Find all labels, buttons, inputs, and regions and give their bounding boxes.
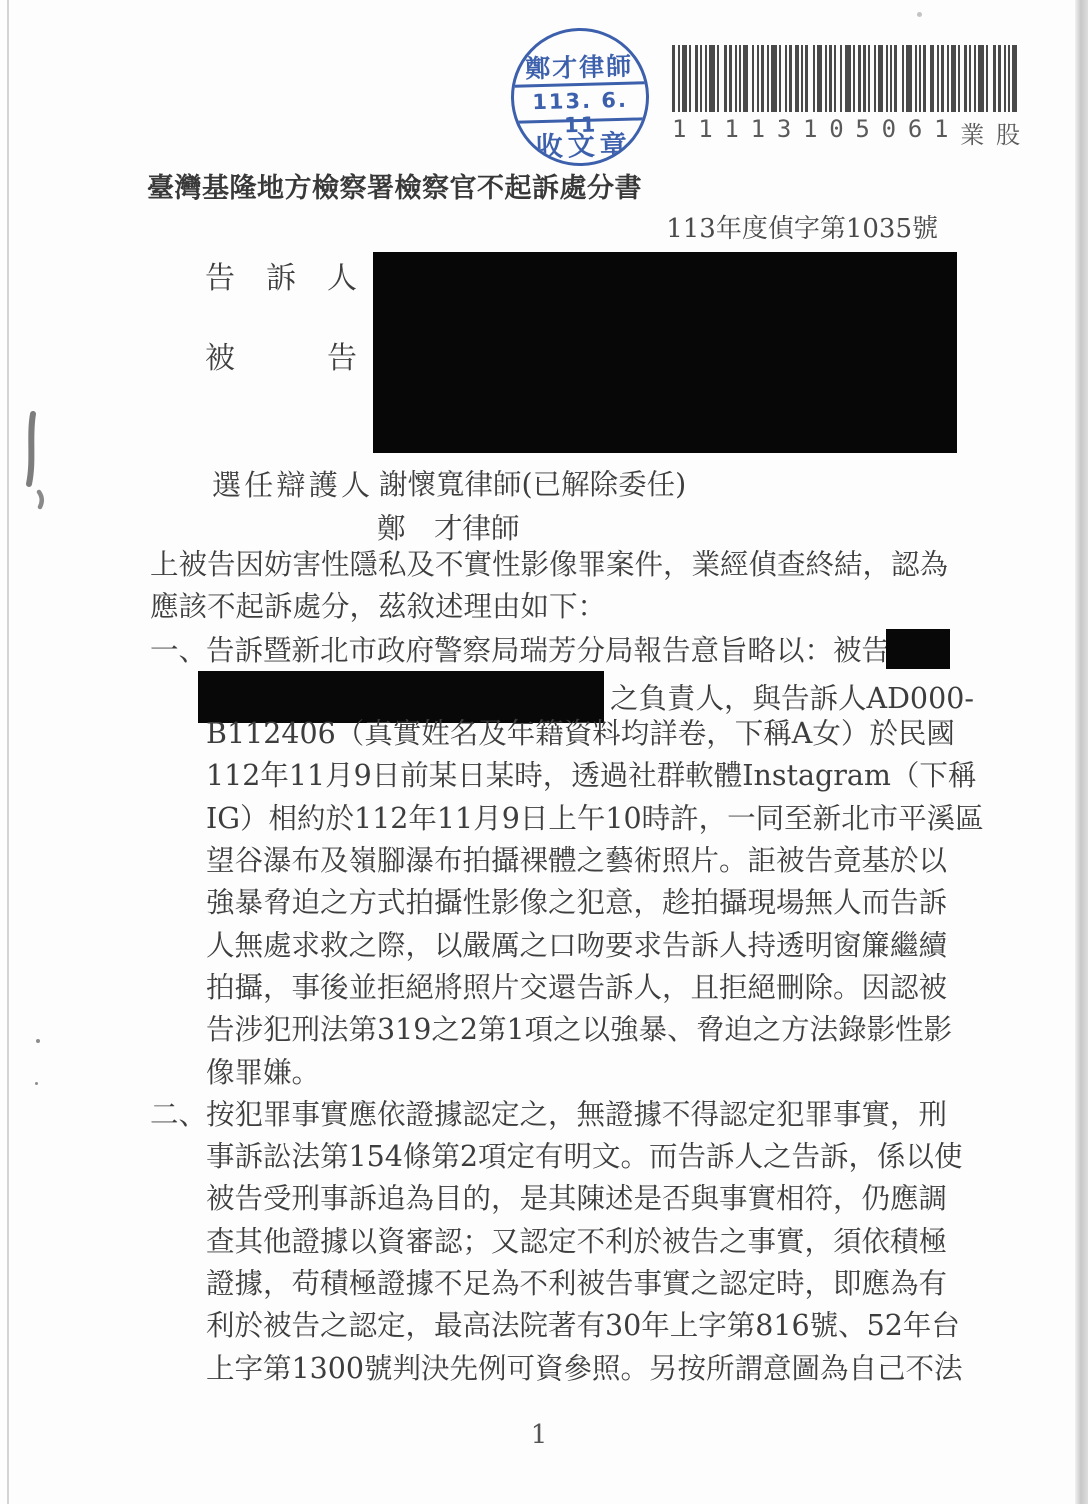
barcode-bar xyxy=(705,45,707,112)
barcode-bar xyxy=(840,45,842,112)
body-line-text: 望谷瀑布及嶺腳瀑布拍攝裸體之藝術照片。詎被告竟基於以 xyxy=(206,844,947,877)
body-line: 強暴脅迫之方式拍攝性影像之犯意，趁拍攝現場無人而告訴 xyxy=(150,882,966,924)
barcode-bar xyxy=(757,45,759,112)
barcode: 11113105061業股 xyxy=(672,45,1020,150)
barcode-bars xyxy=(672,45,1020,112)
page-number: 1 xyxy=(0,1420,1078,1450)
item-number: 一、 xyxy=(150,630,206,672)
barcode-bar xyxy=(993,45,996,112)
barcode-bar xyxy=(672,45,675,112)
body-line-text: 之負責人，與告訴人AD000- xyxy=(610,682,974,715)
body-line-text: 拍攝，事後並拒絕將照片交還告訴人，且拒絕刪除。因認被 xyxy=(206,971,947,1004)
body-line-text: 查其他證據以資審認；又認定不利於被告之事實，須依積極 xyxy=(206,1225,947,1258)
body-line: 二、按犯罪事實應依證據認定之，無證據不得認定犯罪事實，刑 xyxy=(150,1094,966,1136)
document-body: 上被告因妨害性隱私及不實性影像罪案件，業經偵查終結，認為應該不起訴處分，茲敘述理… xyxy=(150,544,966,1390)
barcode-bar xyxy=(743,45,748,112)
barcode-bar xyxy=(974,45,976,112)
barcode-bar xyxy=(817,45,822,112)
barcode-bar xyxy=(947,45,949,112)
barcode-bar xyxy=(923,45,926,112)
barcode-bar xyxy=(951,45,956,112)
barcode-bar xyxy=(717,45,719,112)
complainant-label: 告訴人 xyxy=(205,253,357,297)
barcode-bar xyxy=(767,45,769,112)
body-line-text: 利於被告之認定，最高法院著有30年上字第816號、52年台 xyxy=(206,1309,960,1342)
body-line-text: 按犯罪事實應依證據認定之，無證據不得認定犯罪事實，刑 xyxy=(206,1098,947,1131)
body-line: 上字第1300號判決先例可資參照。另按所謂意圖為自己不法 xyxy=(150,1348,966,1390)
barcode-bar xyxy=(752,45,754,112)
body-line-text: 告涉犯刑法第319之2第1項之以強暴、脅迫之方法錄影性影 xyxy=(206,1013,952,1046)
body-line: 之負責人，與告訴人AD000- xyxy=(150,671,966,713)
barcode-bar xyxy=(695,45,698,112)
barcode-bar xyxy=(863,45,866,112)
barcode-bar xyxy=(937,45,939,112)
barcode-bar xyxy=(958,45,960,112)
barcode-bar xyxy=(853,45,855,112)
scan-speck xyxy=(35,1082,38,1085)
pen-mark xyxy=(18,408,62,512)
barcode-digits: 11113105061業股 xyxy=(672,115,1020,150)
barcode-bar xyxy=(761,45,764,112)
barcode-bar xyxy=(941,45,944,112)
body-line: 人無處求救之際，以嚴厲之口吻要求告訴人持透明窗簾繼續 xyxy=(150,925,966,967)
stamp-label: 收文章 xyxy=(515,122,648,164)
barcode-bar xyxy=(906,45,912,112)
body-line: 望谷瀑布及嶺腳瀑布拍攝裸體之藝術照片。詎被告竟基於以 xyxy=(150,840,966,882)
body-line: 拍攝，事後並拒絕將照片交還告訴人，且拒絕刪除。因認被 xyxy=(150,967,966,1009)
barcode-bar xyxy=(795,45,799,112)
barcode-digit: 1 xyxy=(934,115,948,150)
counsel-label: 選任辯護人 xyxy=(212,463,370,504)
barcode-bar xyxy=(739,45,741,112)
barcode-bar xyxy=(964,45,967,112)
document-title: 臺灣基隆地方檢察署檢察官不起訴處分書 xyxy=(147,166,642,205)
body-line-text: 事訴訟法第154條第2項定有明文。而告訴人之告訴，係以使 xyxy=(206,1140,963,1173)
scan-speck xyxy=(36,1039,40,1043)
case-number: 113年度偵字第1035號 xyxy=(488,208,938,245)
body-line-text: 上被告因妨害性隱私及不實性影像罪案件，業經偵查終結，認為 xyxy=(150,548,948,581)
barcode-bar xyxy=(689,45,691,112)
defendant-label: 被告 xyxy=(205,333,357,377)
barcode-bar xyxy=(785,45,787,112)
body-line: 像罪嫌。 xyxy=(150,1052,966,1094)
body-line-text: 證據，苟積極證據不足為不利被告事實之認定時，即應為有 xyxy=(206,1267,947,1300)
body-line: 應該不起訴處分，茲敘述理由如下： xyxy=(150,586,966,628)
body-line-text: IG）相約於112年11月9日上午10時許，一同至新北市平溪區 xyxy=(206,802,984,835)
barcode-bar xyxy=(845,45,851,112)
body-line: 上被告因妨害性隱私及不實性影像罪案件，業經偵查終結，認為 xyxy=(150,544,966,586)
barcode-digit: 3 xyxy=(777,115,791,150)
body-line-text: B112406（真實姓名及年籍資料均詳卷，下稱A女）於民國 xyxy=(206,717,955,750)
item-number: 二、 xyxy=(150,1094,206,1136)
barcode-bar xyxy=(825,45,827,112)
barcode-bar xyxy=(700,45,702,112)
barcode-digit: 1 xyxy=(724,115,738,150)
body-line: B112406（真實姓名及年籍資料均詳卷，下稱A女）於民國 xyxy=(150,713,966,755)
body-line: IG）相約於112年11月9日上午10時許，一同至新北市平溪區 xyxy=(150,798,966,840)
barcode-bar xyxy=(930,45,934,112)
body-line-text: 告訴暨新北市政府警察局瑞芳分局報告意旨略以：被告 xyxy=(206,634,890,667)
barcode-bar xyxy=(678,45,680,112)
barcode-bar xyxy=(805,45,808,112)
counsel-name-2: 鄭 才律師 xyxy=(377,506,520,547)
barcode-bar xyxy=(682,45,687,112)
barcode-digit: 1 xyxy=(698,115,712,150)
barcode-bar xyxy=(868,45,870,112)
body-line-text: 人無處求救之際，以嚴厲之口吻要求告訴人持透明窗簾繼續 xyxy=(206,929,947,962)
barcode-bar xyxy=(902,45,904,112)
barcode-digit: 5 xyxy=(855,115,869,150)
body-line: 被告受刑事訴追為目的，是其陳述是否與事實相符，仍應調 xyxy=(150,1178,966,1220)
barcode-bar xyxy=(919,45,921,112)
body-line: 一、告訴暨新北市政府警察局瑞芳分局報告意旨略以：被告 xyxy=(150,629,966,671)
barcode-bar xyxy=(813,45,815,112)
barcode-bar xyxy=(1012,45,1017,112)
barcode-digit: 0 xyxy=(829,115,843,150)
barcode-digit: 業 xyxy=(960,115,984,150)
scan-edge-left-line xyxy=(7,0,9,1504)
barcode-bar xyxy=(858,45,861,112)
scan-speck xyxy=(917,12,922,17)
body-line: 112年11月9日前某日某時，透過社群軟體Instagram（下稱 xyxy=(150,755,966,797)
body-line-text: 強暴脅迫之方式拍攝性影像之犯意，趁拍攝現場無人而告訴 xyxy=(206,886,947,919)
barcode-bar xyxy=(834,45,836,112)
stamp-lawyer-name: 鄭才律師 xyxy=(513,46,646,85)
barcode-bar xyxy=(779,45,781,112)
barcode-bar xyxy=(969,45,971,112)
barcode-bar xyxy=(998,45,1001,112)
body-line: 查其他證據以資審認；又認定不利於被告之事實，須依積極 xyxy=(150,1221,966,1263)
barcode-digit: 1 xyxy=(672,115,686,150)
barcode-bar xyxy=(724,45,727,112)
barcode-digit: 1 xyxy=(751,115,765,150)
barcode-bar xyxy=(1008,45,1010,112)
barcode-digit: 6 xyxy=(908,115,922,150)
barcode-bar xyxy=(709,45,715,112)
body-line-text: 像罪嫌。 xyxy=(206,1056,320,1089)
body-line: 證據，苟積極證據不足為不利被告事實之認定時，即應為有 xyxy=(150,1263,966,1305)
barcode-bar xyxy=(771,45,777,112)
barcode-digit: 0 xyxy=(882,115,896,150)
body-line: 告涉犯刑法第319之2第1項之以強暴、脅迫之方法錄影性影 xyxy=(150,1009,966,1051)
barcode-digit: 股 xyxy=(996,115,1020,150)
body-line: 利於被告之認定，最高法院著有30年上字第816號、52年台 xyxy=(150,1305,966,1347)
barcode-bar xyxy=(829,45,832,112)
body-line-text: 被告受刑事訴追為目的，是其陳述是否與事實相符，仍應調 xyxy=(206,1182,947,1215)
redaction-box-parties xyxy=(373,252,957,453)
lawyer-receipt-stamp: 鄭才律師 113. 6. 11 收文章 xyxy=(509,26,651,168)
barcode-bar xyxy=(789,45,792,112)
body-line-text: 上字第1300號判決先例可資參照。另按所謂意圖為自己不法 xyxy=(206,1352,963,1385)
barcode-bar xyxy=(894,45,897,112)
barcode-bar xyxy=(878,45,883,112)
barcode-bar xyxy=(986,45,988,112)
barcode-bar xyxy=(978,45,984,112)
body-line: 事訴訟法第154條第2項定有明文。而告訴人之告訴，係以使 xyxy=(150,1136,966,1178)
scanned-document-page: 鄭才律師 113. 6. 11 收文章 11113105061業股 臺灣基隆地方… xyxy=(0,0,1088,1504)
scan-edge-right-band xyxy=(1075,0,1088,1504)
barcode-digit: 1 xyxy=(803,115,817,150)
body-line-text: 112年11月9日前某日某時，透過社群軟體Instagram（下稱 xyxy=(206,759,976,792)
barcode-bar xyxy=(729,45,732,112)
barcode-bar xyxy=(1004,45,1006,112)
barcode-bar xyxy=(915,45,917,112)
barcode-bar xyxy=(801,45,803,112)
body-line-text: 應該不起訴處分，茲敘述理由如下： xyxy=(150,590,606,623)
barcode-bar xyxy=(874,45,876,112)
barcode-bar xyxy=(735,45,737,112)
barcode-bar xyxy=(886,45,888,112)
redaction-box xyxy=(886,629,950,669)
barcode-bar xyxy=(890,45,892,112)
counsel-name-1: 謝懷寬律師(已解除委任) xyxy=(379,462,686,503)
